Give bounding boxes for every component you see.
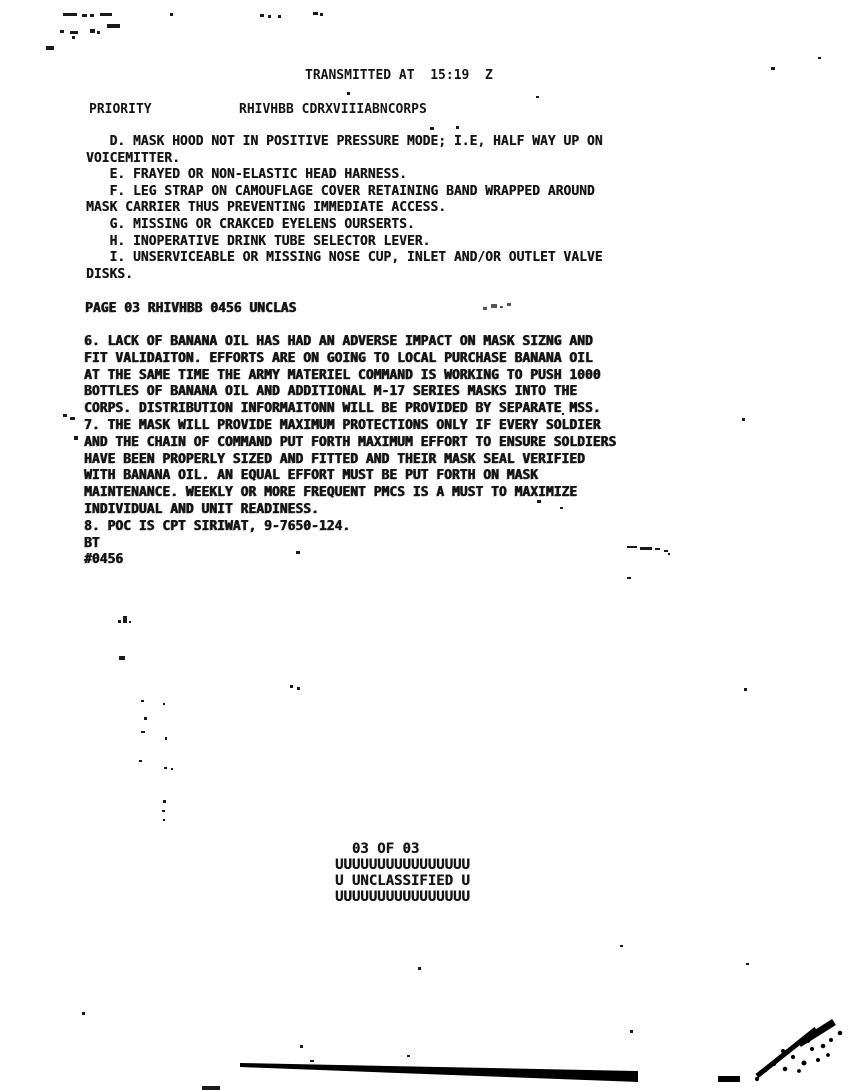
priority-label: PRIORITY (89, 103, 152, 116)
deficiency-list: D. MASK HOOD NOT IN POSITIVE PRESSURE MO… (86, 134, 603, 283)
scanned-document-page: TRANSMITTED AT 15:19 Z PRIORITY RHIVHBB … (0, 0, 850, 1090)
classification-border-top: UUUUUUUUUUUUUUUU (335, 857, 470, 873)
page-count: 03 OF 03 (335, 841, 470, 857)
routing-line: RHIVHBB CDRXVIIIABNCORPS (239, 103, 427, 116)
corner-scratch-marks (755, 1022, 841, 1081)
classification-block: 03 OF 03 UUUUUUUUUUUUUUUU U UNCLASSIFIED… (335, 841, 470, 905)
bottom-diagonal-bar (240, 1063, 740, 1082)
banner-smudge (483, 303, 511, 310)
classification-border-bottom: UUUUUUUUUUUUUUUU (335, 889, 470, 905)
transmission-header: TRANSMITTED AT 15:19 Z (305, 69, 493, 82)
body-paragraphs: 6. LACK OF BANANA OIL HAS HAD AN ADVERSE… (84, 334, 616, 569)
classification-label: U UNCLASSIFIED U (335, 873, 470, 889)
page-banner: PAGE 03 RHIVHBB 0456 UNCLAS (85, 302, 296, 315)
